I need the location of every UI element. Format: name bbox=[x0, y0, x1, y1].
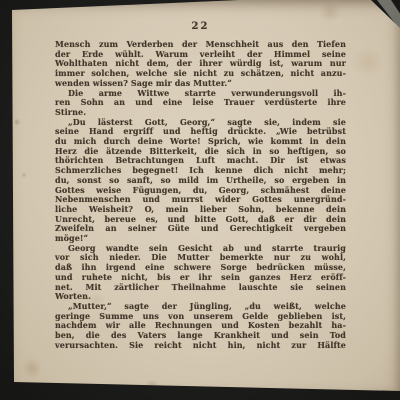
paragraph: „Mutter,“ sagte der Jüngling, „du weißt,… bbox=[55, 302, 346, 351]
paragraph: „Du lästerst Gott, Georg,“ sagte sie, in… bbox=[55, 118, 346, 244]
book-page: 22 Mensch zum Verderben der Menschheit a… bbox=[0, 0, 400, 400]
text-line: ren Sohn an und eine leise Trauer verdüs… bbox=[55, 98, 346, 108]
text-block: Mensch zum Verderben der Menschheit aus … bbox=[55, 40, 346, 351]
paragraph: Die arme Wittwe starrte verwunderungsvol… bbox=[55, 89, 346, 118]
paragraph: Georg wandte sein Gesicht ab und starrte… bbox=[55, 244, 346, 302]
page-number: 22 bbox=[55, 21, 346, 32]
scan-background: 22 Mensch zum Verderben der Menschheit a… bbox=[0, 0, 400, 400]
text-line: net. Mit zärtlicher Theilnahme lauschte … bbox=[55, 283, 346, 293]
text-line: verursachten. Sie reicht nicht hin, nich… bbox=[55, 341, 346, 351]
text-line: Zweifeln an seiner Güte und Gerechtigkei… bbox=[55, 224, 346, 234]
paragraph: Mensch zum Verderben der Menschheit aus … bbox=[55, 40, 346, 89]
